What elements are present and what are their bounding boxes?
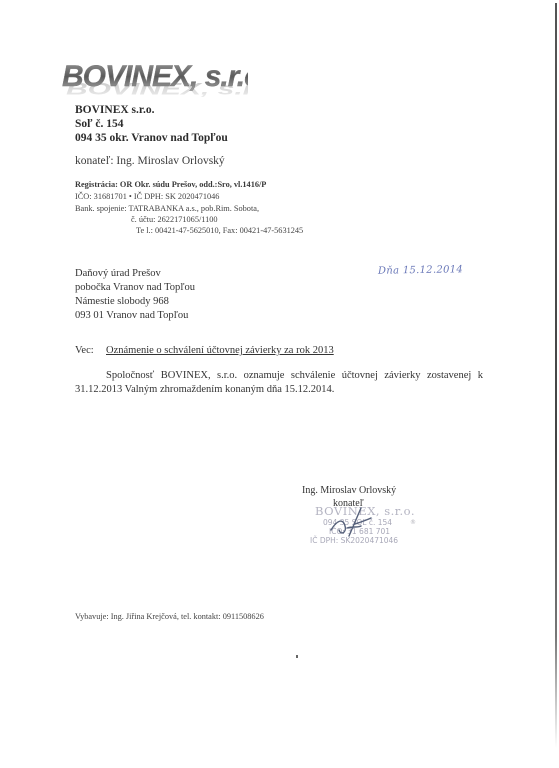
company-logo: BOVINEX, s.r.o. BOVINEX, s.r.o. <box>58 58 248 100</box>
company-street: Soľ č. 154 <box>75 118 124 130</box>
scanned-letter: BOVINEX, s.r.o. BOVINEX, s.r.o. BOVINEX … <box>0 0 559 768</box>
signature-scribble <box>327 506 377 542</box>
recipient-line-2: pobočka Vranov nad Topľou <box>75 282 195 293</box>
subject-text: Oznámenie o schválení účtovnej závierky … <box>106 345 334 356</box>
letter-body: Spoločnosť BOVINEX, s.r.o. oznamuje schv… <box>75 369 483 397</box>
registered-mark-icon: ® <box>410 519 416 526</box>
scan-edge-line <box>555 3 557 748</box>
tax-ids: IČO: 31681701 • IČ DPH: SK 2020471046 <box>75 192 219 201</box>
phone-fax: Te l.: 00421-47-5625010, Fax: 00421-47-5… <box>136 226 303 235</box>
bank-info: Bank. spojenie: TATRABANKA a.s., pob.Rim… <box>75 204 259 213</box>
recipient-line-4: 093 01 Vranov nad Topľou <box>75 310 188 321</box>
bank-account: č. účtu: 2622171065/1100 <box>131 215 218 224</box>
company-city: 094 35 okr. Vranov nad Topľou <box>75 132 228 144</box>
signatory-name: Ing. Miroslav Orlovský <box>302 485 396 496</box>
handwritten-date-note: Dňa 15.12.2014 <box>378 264 463 276</box>
recipient-line-1: Daňový úrad Prešov <box>75 268 161 279</box>
company-name: BOVINEX s.r.o. <box>75 104 154 116</box>
registration-info: Registrácia: OR Okr. súdu Prešov, odd.:S… <box>75 180 266 189</box>
company-stamp: BOVINEX, s.r.o. 094 35 SOĽ č. 154 IČO: 3… <box>305 504 425 544</box>
logo-text: BOVINEX, s.r.o. <box>62 60 248 93</box>
company-executive: konateľ: Ing. Miroslav Orlovský <box>75 155 225 167</box>
subject-label: Vec: <box>75 345 94 356</box>
scan-speck <box>296 655 298 658</box>
recipient-line-3: Námestie slobody 968 <box>75 296 169 307</box>
footer-contact: Vybavuje: Ing. Jiřina Krejčová, tel. kon… <box>75 612 264 621</box>
